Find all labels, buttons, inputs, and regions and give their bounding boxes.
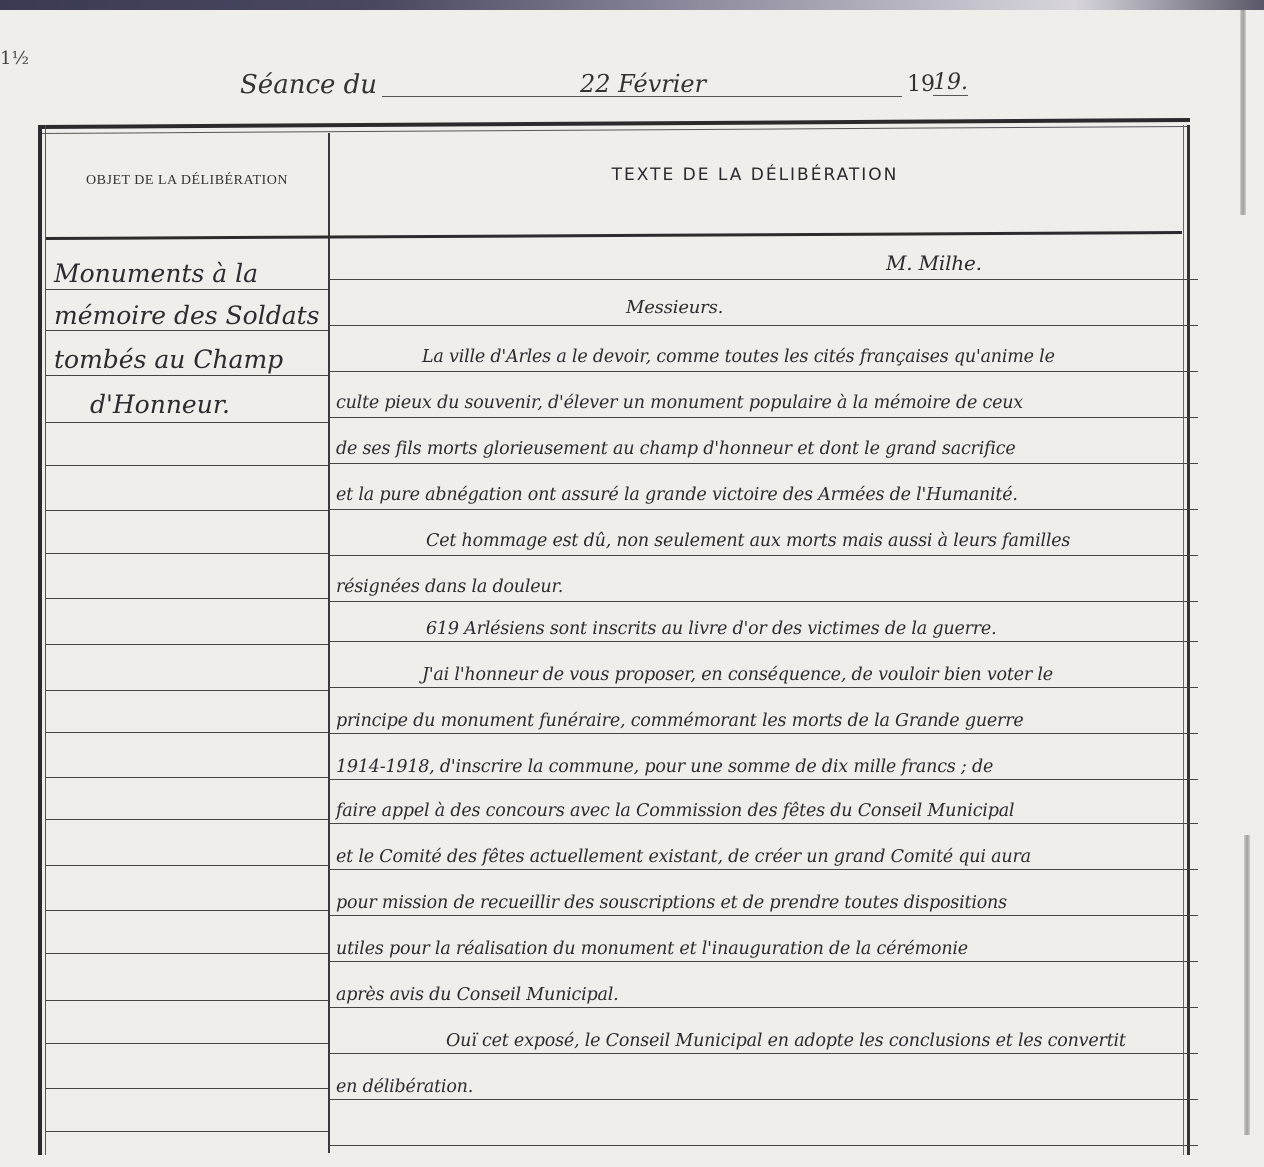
seance-date: 22 Février [580,70,706,98]
scan-edge [0,0,1264,10]
texte-line: La ville d'Arles a le devoir, comme tout… [422,347,1055,367]
texte-line: culte pieux du souvenir, d'élever un mon… [336,393,1023,413]
rule-line [330,509,1198,510]
header-objet: OBJET DE LA DÉLIBÉRATION [46,173,328,189]
seance-header: Séance du 22 Février 19 19. [240,66,1000,106]
rule-line [46,598,328,599]
rule-line [330,1099,1198,1100]
texte-line: 1914-1918, d'inscrire la commune, pour u… [336,757,993,777]
rule-line [46,1000,328,1001]
seance-label: Séance du [240,70,377,100]
rule-line [46,289,328,290]
texte-line: principe du monument funéraire, commémor… [336,711,1024,731]
rule-line [330,823,1198,824]
binding-strip [1240,10,1246,215]
rule-line [330,915,1198,916]
rule-line [46,690,328,691]
seance-year-prefix: 19 [907,72,935,97]
rule-line [46,819,328,820]
texte-line: et la pure abnégation ont assuré la gran… [336,485,1018,505]
rule-line [46,732,328,733]
rule-line [46,865,328,866]
rule-line [330,325,1198,326]
rule-line [46,953,328,954]
objet-line: tombés au Champ [54,345,283,374]
rule-line [46,330,328,331]
rule-line [330,1053,1198,1054]
rule-line [46,422,328,423]
rule-line [330,687,1198,688]
texte-line: résignées dans la douleur. [336,577,563,597]
rule-line [46,465,328,466]
texte-line: J'ai l'honneur de vous proposer, en cons… [422,665,1053,685]
rule-line [46,644,328,645]
rule-line [330,279,1198,280]
rule-line [330,869,1198,870]
rule-line [330,733,1198,734]
rule-line [46,777,328,778]
rule-line [46,910,328,911]
rule-line [46,553,328,554]
speaker-name: M. Milhe. [886,251,982,275]
register-header: OBJET DE LA DÉLIBÉRATION TEXTE DE LA DÉL… [46,135,1182,240]
rule-line [46,1131,328,1132]
ruled-area: Monuments à la mémoire des Soldats tombé… [46,245,1182,1150]
texte-line: utiles pour la réalisation du monument e… [336,939,968,959]
rule-line [330,463,1198,464]
texte-line: et le Comité des fêtes actuellement exis… [336,847,1031,867]
salutation: Messieurs. [626,297,723,318]
rule-line [330,555,1198,556]
texte-line: Ouï cet exposé, le Conseil Municipal en … [446,1031,1126,1051]
rule-line [46,375,328,376]
deliberation-register: OBJET DE LA DÉLIBÉRATION TEXTE DE LA DÉL… [38,125,1190,1155]
header-texte: TEXTE DE LA DÉLIBÉRATION [330,165,1180,185]
rule-line [46,510,328,511]
texte-line: 619 Arlésiens sont inscrits au livre d'o… [426,619,996,639]
rule-line [46,1043,328,1044]
texte-line: pour mission de recueillir des souscript… [336,893,1007,913]
seance-year-suffix: 19. [933,70,968,96]
rule-line [330,779,1198,780]
rule-line [330,641,1198,642]
rule-line [46,1088,328,1089]
frame-left [38,125,42,1155]
page-number-mark: 1½ [0,48,29,69]
rule-line [330,1007,1198,1008]
objet-line: d'Honneur. [90,390,230,419]
texte-line: en délibération. [336,1077,473,1097]
texte-line: Cet hommage est dû, non seulement aux mo… [426,531,1070,551]
rule-line [330,961,1198,962]
rule-line [330,371,1198,372]
objet-line: Monuments à la [54,259,258,288]
texte-line: de ses fils morts glorieusement au champ… [336,439,1016,459]
objet-line: mémoire des Soldats [54,301,319,330]
binding-strip-lower [1244,835,1250,1135]
texte-line: après avis du Conseil Municipal. [336,985,619,1005]
texte-line: faire appel à des concours avec la Commi… [336,801,1014,821]
rule-line [330,601,1198,602]
rule-line [330,1145,1198,1146]
rule-line [330,417,1198,418]
